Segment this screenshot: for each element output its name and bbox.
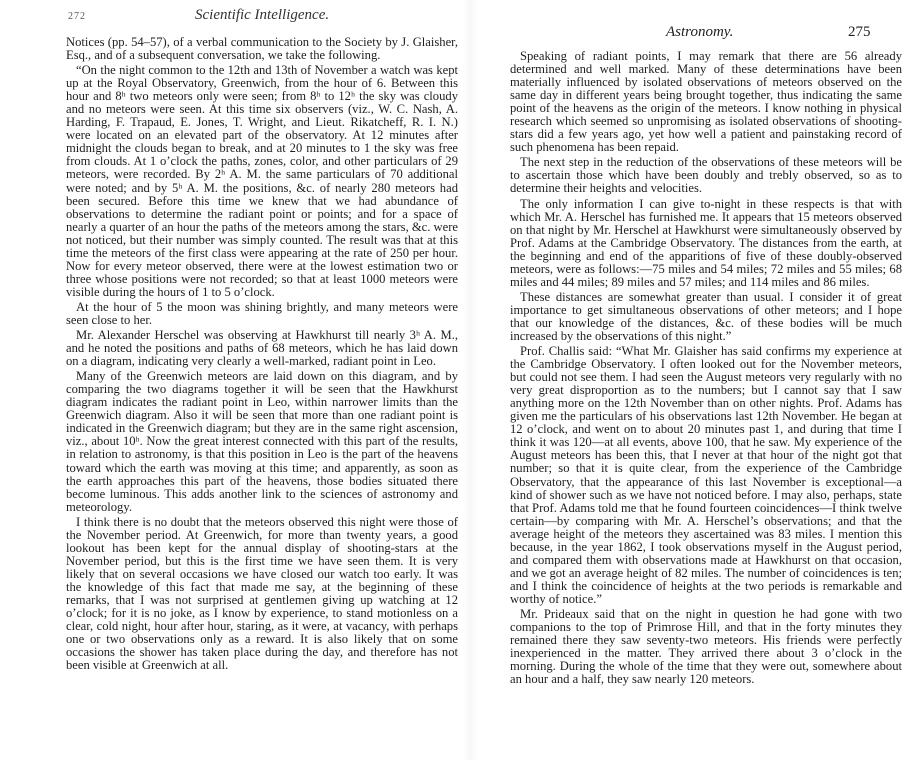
paragraph: The only information I can give to-night… — [510, 198, 902, 289]
paragraph: Speaking of radiant points, I may remark… — [510, 50, 902, 154]
right-page-number: 275 — [848, 24, 871, 41]
left-page-number: 272 — [68, 11, 86, 22]
right-text-column: Speaking of radiant points, I may remark… — [510, 50, 902, 686]
left-running-title: Scientific Intelligence. — [195, 7, 329, 24]
right-page: Astronomy. 275 Speaking of radiant point… — [470, 0, 918, 760]
paragraph: The next step in the reduction of the ob… — [510, 156, 902, 195]
paragraph: Mr. Prideaux said that on the night in q… — [510, 608, 902, 686]
paragraph: Mr. Alexander Herschel was observing at … — [66, 329, 458, 368]
paragraph: Prof. Challis said: “What Mr. Glaisher h… — [510, 345, 902, 606]
paragraph: At the hour of 5 the moon was shining br… — [66, 301, 458, 327]
left-text-column: Notices (pp. 54–57), of a verbal communi… — [66, 36, 458, 672]
paragraph: Notices (pp. 54–57), of a verbal communi… — [66, 36, 458, 62]
paragraph: These distances are somewhat greater tha… — [510, 291, 902, 343]
paragraph: “On the night common to the 12th and 13t… — [66, 64, 458, 299]
paragraph: I think there is no doubt that the meteo… — [66, 516, 458, 673]
left-page: 272 Scientific Intelligence. Notices (pp… — [0, 0, 470, 760]
paragraph: Many of the Greenwich meteors are laid d… — [66, 370, 458, 514]
right-running-title: Astronomy. — [666, 24, 733, 41]
